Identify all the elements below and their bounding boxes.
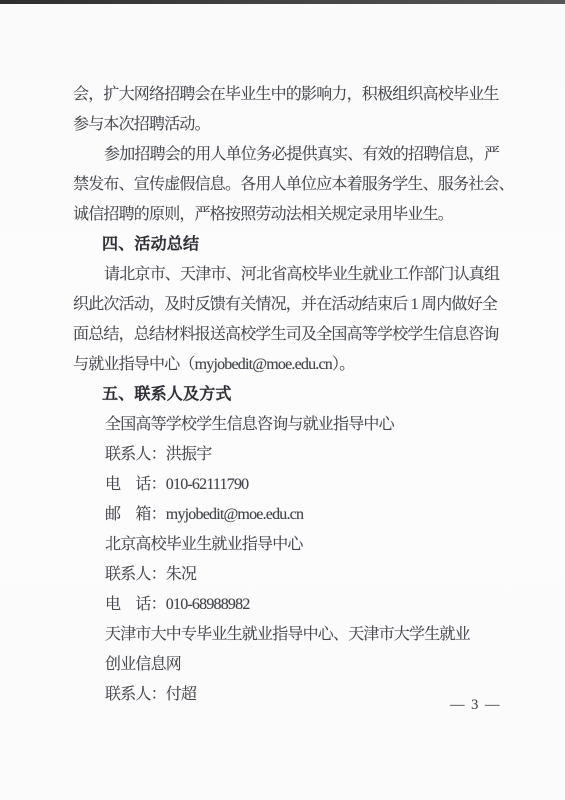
document-text-column: 会，扩大网络招聘会在毕业生中的影响力，积极组织高校毕业生 参与本次招聘活动。 参…	[73, 80, 503, 710]
contact-person-line: 联系人：洪振宇	[73, 440, 503, 470]
body-line: 会，扩大网络招聘会在毕业生中的影响力，积极组织高校毕业生	[73, 80, 503, 110]
contact-phone-line: 电 话：010-62111790	[73, 470, 503, 500]
body-line: 禁发布、宣传虚假信息。各用人单位应本着服务学生、服务社会、	[73, 170, 503, 200]
contact-phone-line: 电 话：010-68988982	[73, 590, 503, 620]
contact-person-line: 联系人：付超	[73, 680, 503, 710]
body-line: 诚信招聘的原则，严格按照劳动法相关规定录用毕业生。	[73, 200, 503, 230]
body-line-email: 与就业指导中心（myjobedit@moe.edu.cn）。	[73, 350, 503, 380]
document-page: 会，扩大网络招聘会在毕业生中的影响力，积极组织高校毕业生 参与本次招聘活动。 参…	[0, 0, 565, 800]
scan-edge-top	[0, 0, 565, 4]
contact-org-line: 北京高校毕业生就业指导中心	[73, 530, 503, 560]
page-number: — 3 —	[450, 694, 501, 716]
contact-org-line: 创业信息网	[73, 650, 503, 680]
body-line: 参加招聘会的用人单位务必提供真实、有效的招聘信息，严	[73, 140, 503, 170]
contact-person-line: 联系人：朱况	[73, 560, 503, 590]
section-heading-5: 五、联系人及方式	[73, 380, 503, 410]
body-line: 参与本次招聘活动。	[73, 110, 503, 140]
contact-org-line: 全国高等学校学生信息咨询与就业指导中心	[73, 410, 503, 440]
contact-org-line: 天津市大中专毕业生就业指导中心、天津市大学生就业	[73, 620, 503, 650]
body-line: 织此次活动，及时反馈有关情况，并在活动结束后 1 周内做好全	[73, 290, 503, 320]
section-heading-4: 四、活动总结	[73, 230, 503, 260]
body-line: 请北京市、天津市、河北省高校毕业生就业工作部门认真组	[73, 260, 503, 290]
body-line: 面总结，总结材料报送高校学生司及全国高等学校学生信息咨询	[73, 320, 503, 350]
contact-email-line: 邮 箱：myjobedit@moe.edu.cn	[73, 500, 503, 530]
